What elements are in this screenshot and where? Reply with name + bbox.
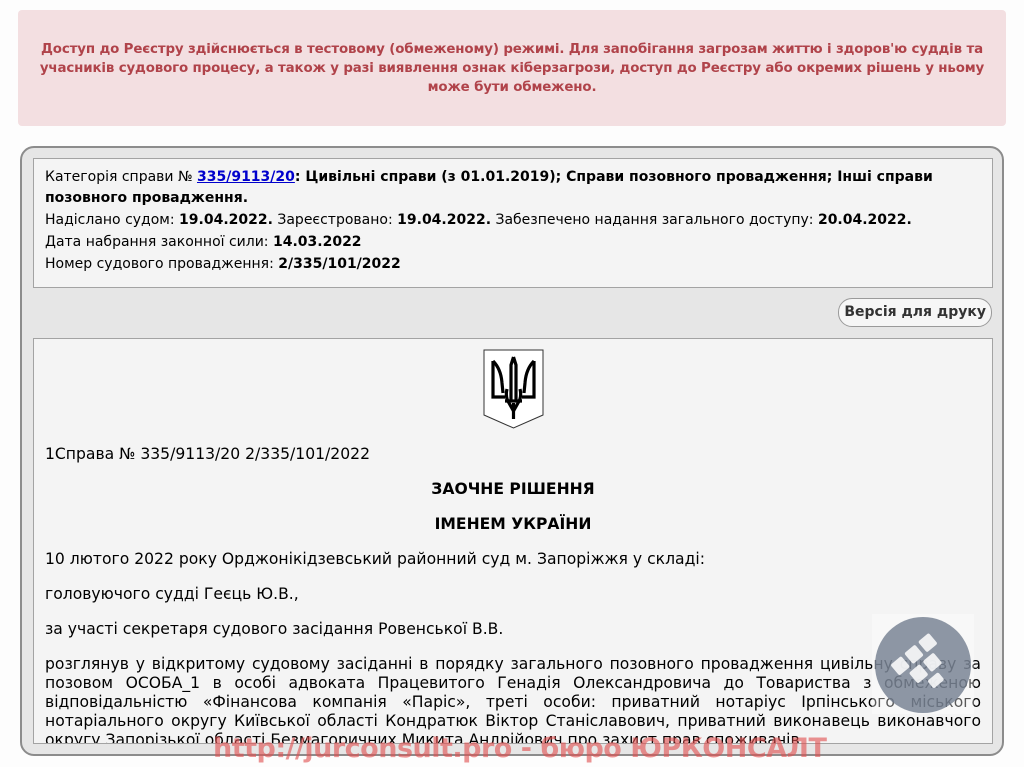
sent-date: 19.04.2022. (179, 212, 273, 228)
decision-document: 1Справа № 335/9113/20 2/335/101/2022 ЗАО… (33, 338, 993, 744)
case-category-row: Категорія справи № 335/9113/20: Цивільні… (45, 167, 981, 209)
decision-paragraph: 10 лютого 2022 року Орджонікідзевський р… (45, 550, 705, 568)
effective-date: 14.03.2022 (273, 234, 362, 250)
decision-paragraph: головуючого судді Геєць Ю.В., (45, 585, 299, 603)
case-number-line: 1Справа № 335/9113/20 2/335/101/2022 (45, 445, 370, 463)
proceeding-number: 2/335/101/2022 (278, 256, 401, 272)
public-access-label: Забезпечено надання загального доступу: (491, 212, 818, 228)
registered-date: 19.04.2022. (397, 212, 491, 228)
decision-subtitle: ІМЕНЕМ УКРАЇНИ (34, 515, 992, 533)
puzzle-logo-icon (872, 614, 974, 714)
decision-paragraph: за участі секретаря судового засідання Р… (45, 620, 503, 638)
case-meta-panel: Категорія справи № 335/9113/20: Цивільні… (33, 158, 993, 288)
registry-notice-text: Доступ до Реєстру здійснюється в тестово… (32, 40, 992, 97)
case-category-label: Категорія справи № (45, 169, 197, 185)
proceeding-number-row: Номер судового провадження: 2/335/101/20… (45, 253, 981, 275)
decision-title: ЗАОЧНЕ РІШЕННЯ (34, 480, 992, 498)
effective-date-label: Дата набрання законної сили: (45, 234, 273, 250)
site-watermark: http://jurconsult.pro - бюро ЮРКОНСАЛТ (213, 733, 826, 764)
coat-of-arms-icon (483, 349, 544, 429)
effective-date-row: Дата набрання законної сили: 14.03.2022 (45, 231, 981, 253)
case-dates-row: Надіслано судом: 19.04.2022. Зареєстрова… (45, 209, 981, 231)
sent-label: Надіслано судом: (45, 212, 179, 228)
print-version-button[interactable]: Версія для друку (838, 298, 992, 327)
registry-notice-banner: Доступ до Реєстру здійснюється в тестово… (18, 10, 1006, 126)
public-access-date: 20.04.2022. (818, 212, 912, 228)
case-number-link[interactable]: 335/9113/20 (197, 169, 295, 185)
decision-frame: Категорія справи № 335/9113/20: Цивільні… (20, 146, 1004, 756)
proceeding-number-label: Номер судового провадження: (45, 256, 278, 272)
registered-label: Зареєстровано: (273, 212, 397, 228)
decision-paragraph: розглянув у відкритому судовому засіданн… (45, 655, 981, 744)
